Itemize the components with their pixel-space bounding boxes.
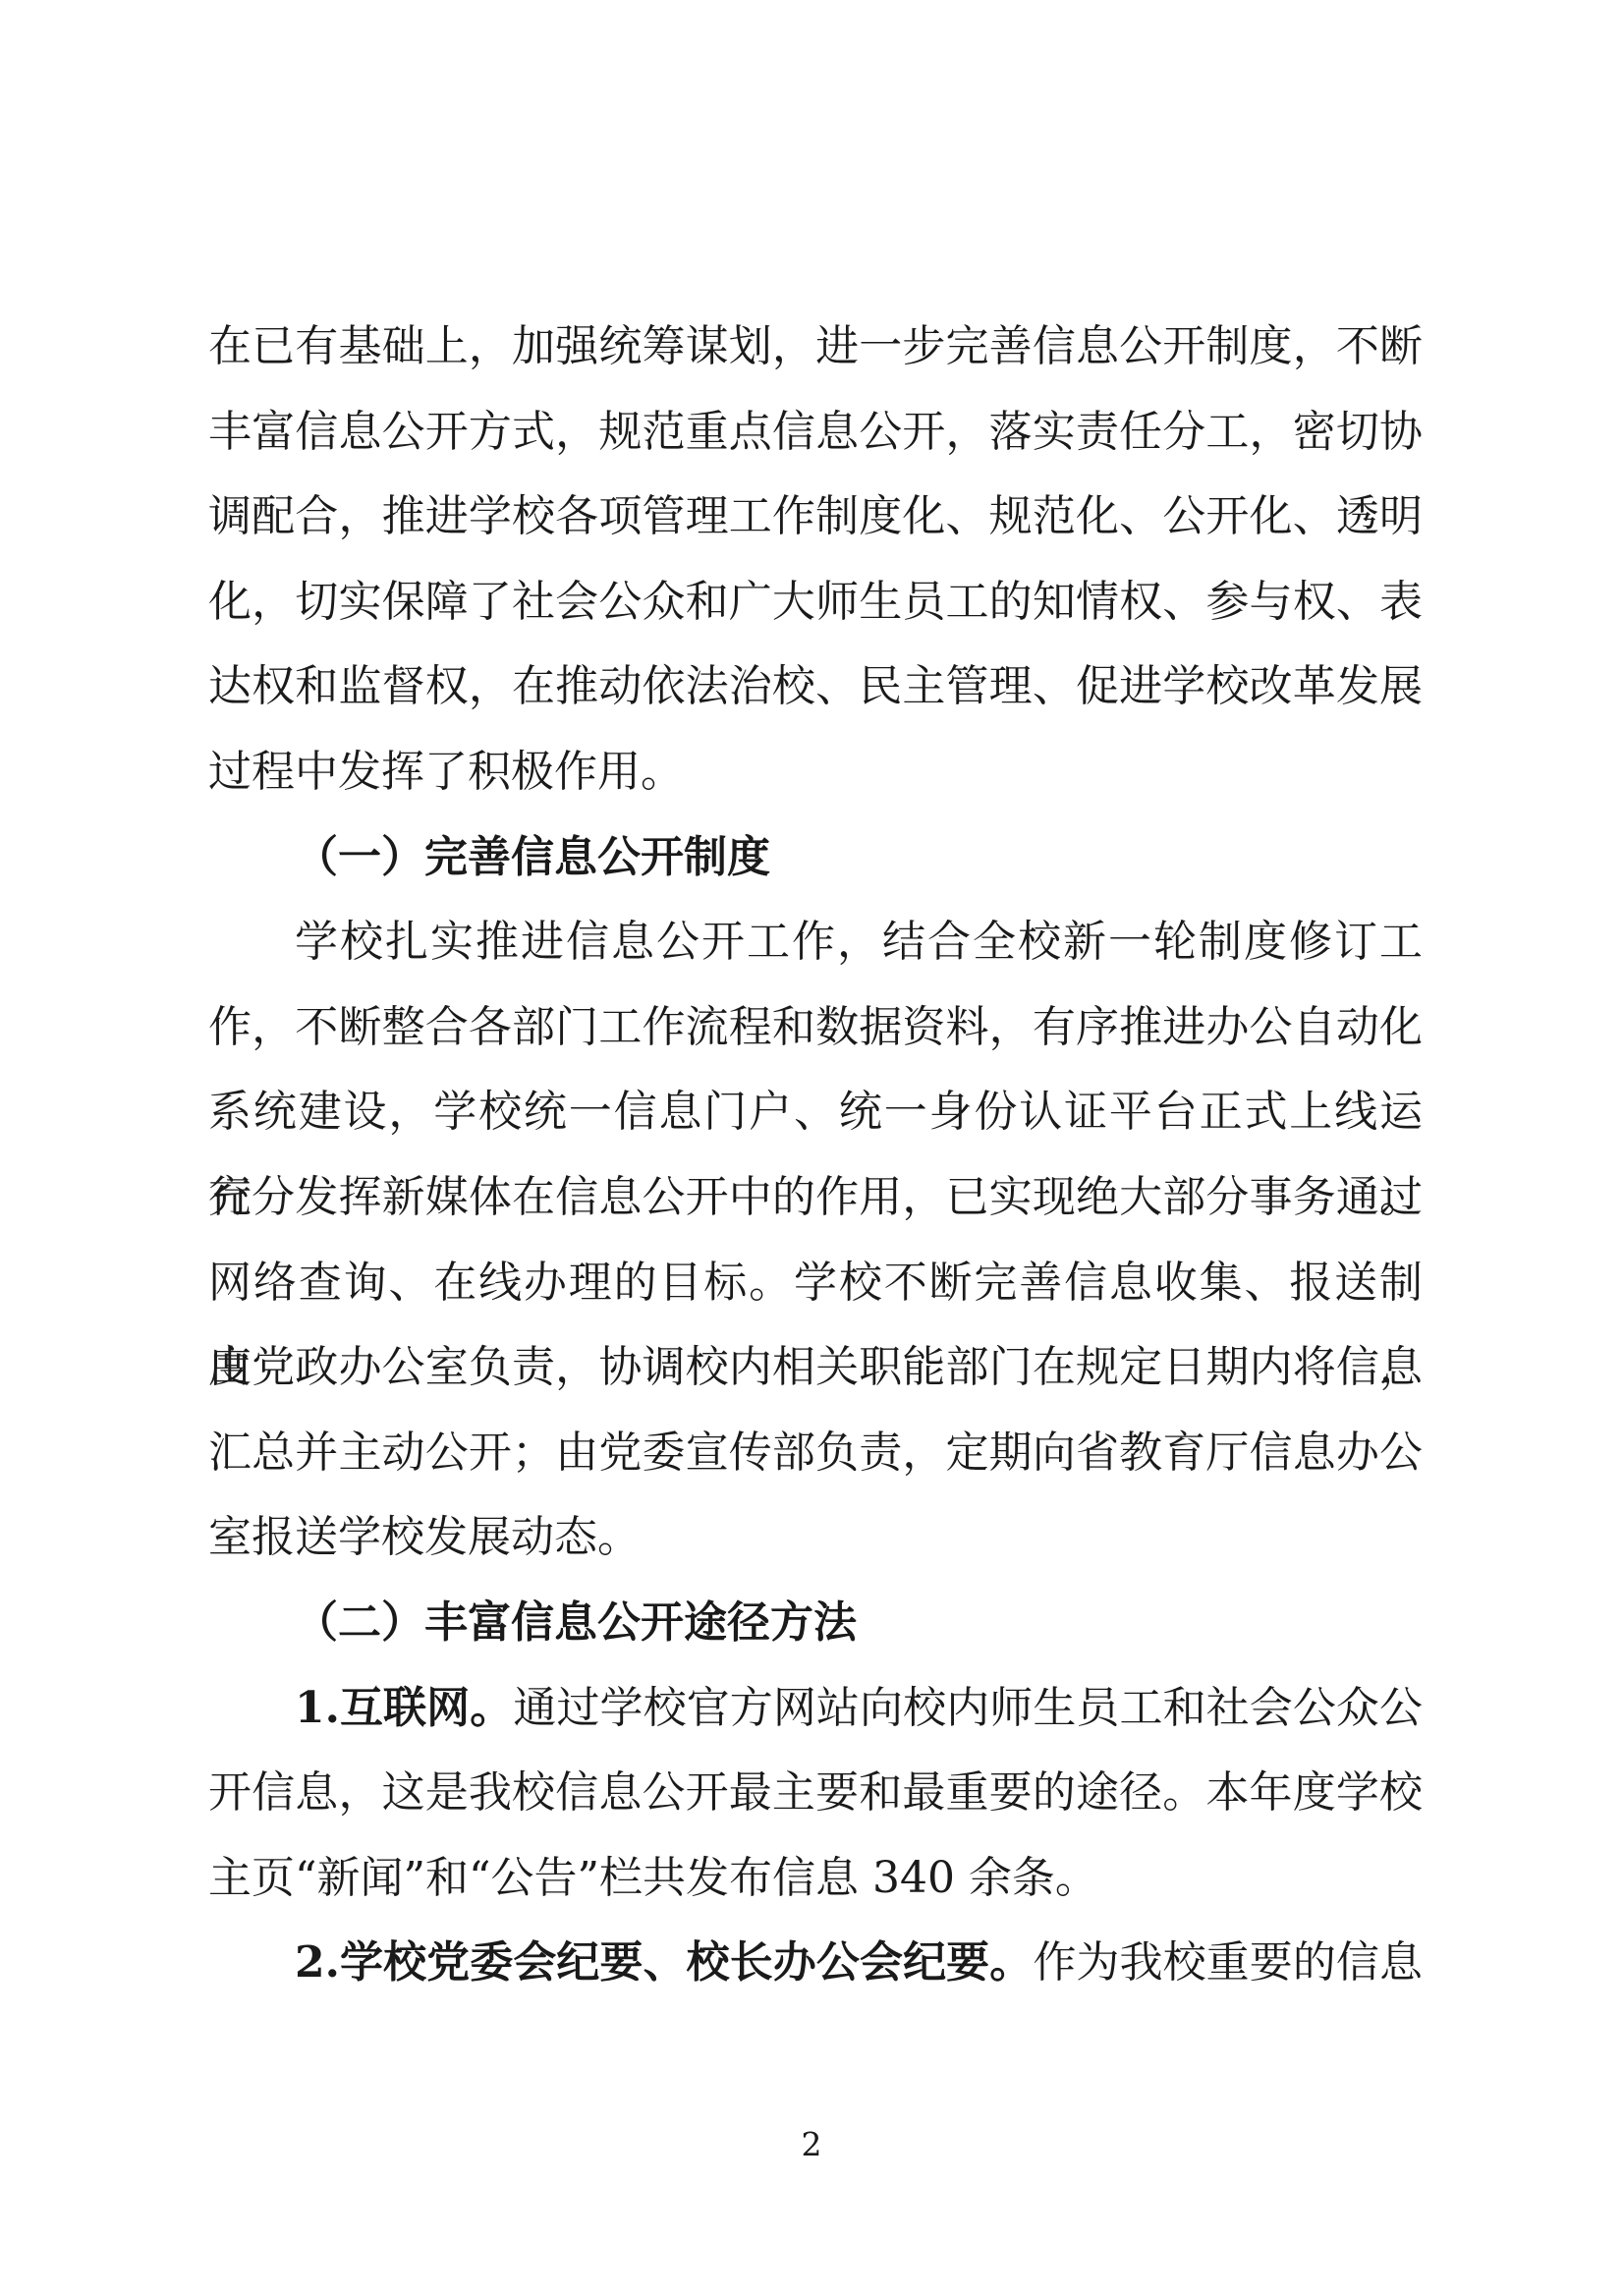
text-line: 网络查询、在线办理的目标。学校不断完善信息收集、报送制度， bbox=[208, 1241, 1423, 1326]
text-run: 主页“新闻”和“公告”栏共发布信息 340 余条。 bbox=[208, 1853, 1098, 1903]
text-run: 丰富信息公开方式，规范重点信息公开，落实责任分工，密切协 bbox=[208, 407, 1423, 457]
text-run: 作为我校重要的信息 bbox=[1033, 1937, 1423, 1988]
text-run: 达权和监督权，在推动依法治校、民主管理、促进学校改革发展 bbox=[208, 661, 1423, 711]
section-heading: （二）丰富信息公开途径方法 bbox=[208, 1581, 1423, 1666]
text-run: （一）完善信息公开制度 bbox=[295, 832, 770, 882]
text-line: 开信息，这是我校信息公开最主要和最重要的途径。本年度学校 bbox=[208, 1751, 1423, 1836]
text-line: 丰富信息公开方式，规范重点信息公开，落实责任分工，密切协 bbox=[208, 390, 1423, 476]
text-run: 通过学校官方网站向校内师生员工和社会公众公 bbox=[513, 1683, 1423, 1733]
text-run: 由党政办公室负责，协调校内相关职能部门在规定日期内将信息 bbox=[208, 1342, 1423, 1392]
text-line: 充分发挥新媒体在信息公开中的作用，已实现绝大部分事务通过 bbox=[208, 1155, 1423, 1241]
text-run: 开信息，这是我校信息公开最主要和最重要的途径。本年度学校 bbox=[208, 1767, 1423, 1818]
text-line: 1.互联网。通过学校官方网站向校内师生员工和社会公众公 bbox=[208, 1666, 1423, 1752]
text-run: 作，不断整合各部门工作流程和数据资料，有序推进办公自动化 bbox=[208, 1002, 1423, 1052]
text-run: （二）丰富信息公开途径方法 bbox=[295, 1597, 857, 1648]
text-run: 在已有基础上，加强统筹谋划，进一步完善信息公开制度，不断 bbox=[208, 321, 1423, 371]
text-line: 在已有基础上，加强统筹谋划，进一步完善信息公开制度，不断 bbox=[208, 305, 1423, 390]
text-line: 2.学校党委会纪要、校长办公会纪要。作为我校重要的信息 bbox=[208, 1921, 1423, 2006]
text-line: 系统建设，学校统一信息门户、统一身份认证平台正式上线运行。 bbox=[208, 1070, 1423, 1155]
page-number: 2 bbox=[0, 2125, 1623, 2163]
text-run: 汇总并主动公开；由党委宣传部负责，定期向省教育厅信息办公 bbox=[208, 1428, 1423, 1478]
text-run: 2.学校党委会纪要、校长办公会纪要。 bbox=[295, 1937, 1033, 1988]
section-heading: （一）完善信息公开制度 bbox=[208, 815, 1423, 901]
text-line: 作，不断整合各部门工作流程和数据资料，有序推进办公自动化 bbox=[208, 985, 1423, 1071]
text-line: 汇总并主动公开；由党委宣传部负责，定期向省教育厅信息办公 bbox=[208, 1411, 1423, 1496]
text-line: 调配合，推进学校各项管理工作制度化、规范化、公开化、透明 bbox=[208, 475, 1423, 560]
text-line: 由党政办公室负责，协调校内相关职能部门在规定日期内将信息 bbox=[208, 1325, 1423, 1411]
text-run: 学校扎实推进信息公开工作，结合全校新一轮制度修订工 bbox=[295, 917, 1423, 967]
text-run: 室报送学校发展动态。 bbox=[208, 1512, 641, 1562]
text-run: 充分发挥新媒体在信息公开中的作用，已实现绝大部分事务通过 bbox=[208, 1172, 1423, 1222]
text-line: 主页“新闻”和“公告”栏共发布信息 340 余条。 bbox=[208, 1836, 1423, 1922]
document-page: 在已有基础上，加强统筹谋划，进一步完善信息公开制度，不断丰富信息公开方式，规范重… bbox=[0, 0, 1623, 2296]
text-run: 过程中发挥了积极作用。 bbox=[208, 747, 684, 797]
text-line: 达权和监督权，在推动依法治校、民主管理、促进学校改革发展 bbox=[208, 644, 1423, 730]
text-run: 1.互联网。 bbox=[295, 1683, 513, 1733]
text-run: 化，切实保障了社会公众和广大师生员工的知情权、参与权、表 bbox=[208, 577, 1423, 627]
text-line: 化，切实保障了社会公众和广大师生员工的知情权、参与权、表 bbox=[208, 560, 1423, 645]
text-line: 过程中发挥了积极作用。 bbox=[208, 730, 1423, 815]
text-run: 调配合，推进学校各项管理工作制度化、规范化、公开化、透明 bbox=[208, 491, 1423, 541]
text-line: 室报送学校发展动态。 bbox=[208, 1495, 1423, 1581]
text-line: 学校扎实推进信息公开工作，结合全校新一轮制度修订工 bbox=[208, 900, 1423, 985]
document-body: 在已有基础上，加强统筹谋划，进一步完善信息公开制度，不断丰富信息公开方式，规范重… bbox=[208, 305, 1423, 2006]
